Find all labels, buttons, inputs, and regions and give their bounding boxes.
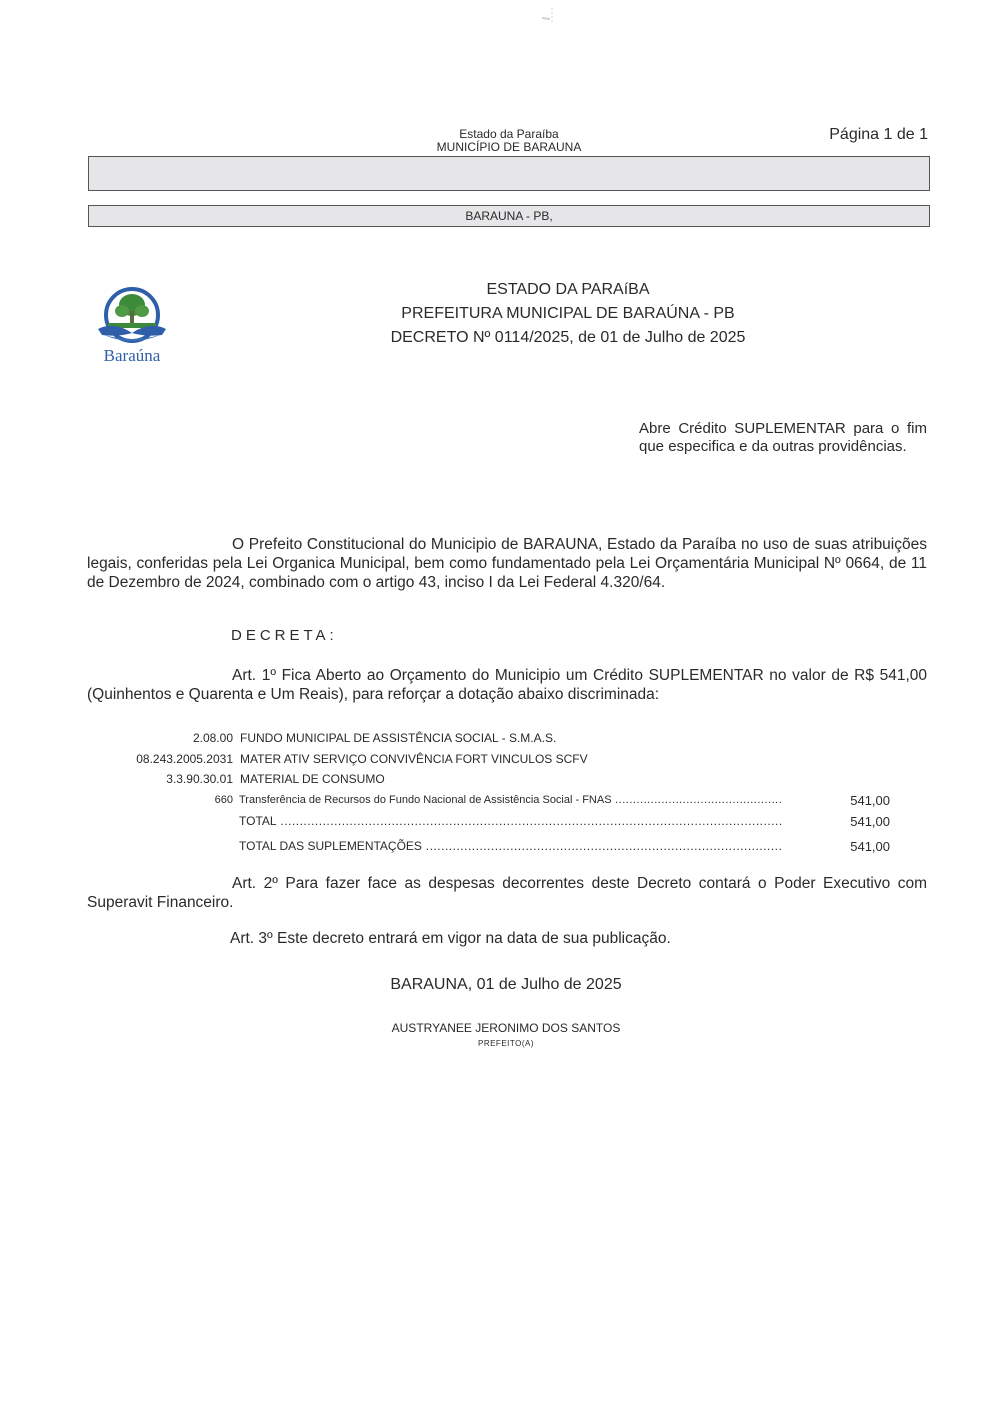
grand-total-label: TOTAL DAS SUPLEMENTAÇÕES	[239, 839, 782, 854]
total-label: TOTAL	[239, 814, 782, 829]
page-indicator: Página 1 de 1	[829, 126, 928, 144]
title-prefecture: PREFEITURA MUNICIPAL DE BARAÚNA - PB	[300, 302, 836, 326]
title-decree-number: DECRETO Nº 0114/2025, de 01 de Julho de …	[300, 326, 836, 350]
budget-description: FUNDO MUNICIPAL DE ASSISTÊNCIA SOCIAL - …	[240, 731, 556, 746]
grand-total-amount: 541,00	[820, 839, 890, 854]
signatory-role: PREFEITO(A)	[0, 1039, 1000, 1048]
svg-text:Baraúna: Baraúna	[104, 346, 161, 365]
scan-artifact	[538, 8, 558, 24]
decreta-heading: DECRETA:	[231, 627, 338, 644]
total-amount: 541,00	[820, 814, 890, 829]
decree-title: ESTADO DA PARAíBA PREFEITURA MUNICIPAL D…	[300, 278, 836, 350]
source-amount: 541,00	[820, 793, 890, 808]
article-1: Art. 1º Fica Aberto ao Orçamento do Muni…	[87, 666, 927, 704]
place-date: BARAUNA, 01 de Julho de 2025	[0, 976, 1000, 994]
preamble: O Prefeito Constitucional do Municipio d…	[87, 535, 927, 592]
source-code: 660	[83, 793, 233, 808]
budget-code: 08.243.2005.2031	[83, 752, 233, 767]
article-3: Art. 3º Este decreto entrará em vigor na…	[230, 930, 671, 948]
source-description: Transferência de Recursos do Fundo Nacio…	[239, 793, 782, 808]
tree-emblem-icon: Baraúna	[92, 285, 172, 367]
budget-code: 2.08.00	[83, 731, 233, 746]
budget-code: 3.3.90.30.01	[83, 772, 233, 787]
budget-description: MATERIAL DE CONSUMO	[240, 772, 385, 787]
signatory-name: AUSTRYANEE JERONIMO DOS SANTOS	[0, 1021, 1000, 1035]
article-2: Art. 2º Para fazer face as despesas deco…	[87, 874, 927, 912]
header-band	[88, 156, 930, 191]
title-state: ESTADO DA PARAíBA	[300, 278, 836, 302]
location-band: BARAUNA - PB,	[88, 205, 930, 227]
municipality-logo: Baraúna	[92, 285, 172, 367]
budget-description: MATER ATIV SERVIÇO CONVIVÊNCIA FORT VINC…	[240, 752, 588, 767]
ementa: Abre Crédito SUPLEMENTAR para o fim que …	[639, 420, 927, 456]
